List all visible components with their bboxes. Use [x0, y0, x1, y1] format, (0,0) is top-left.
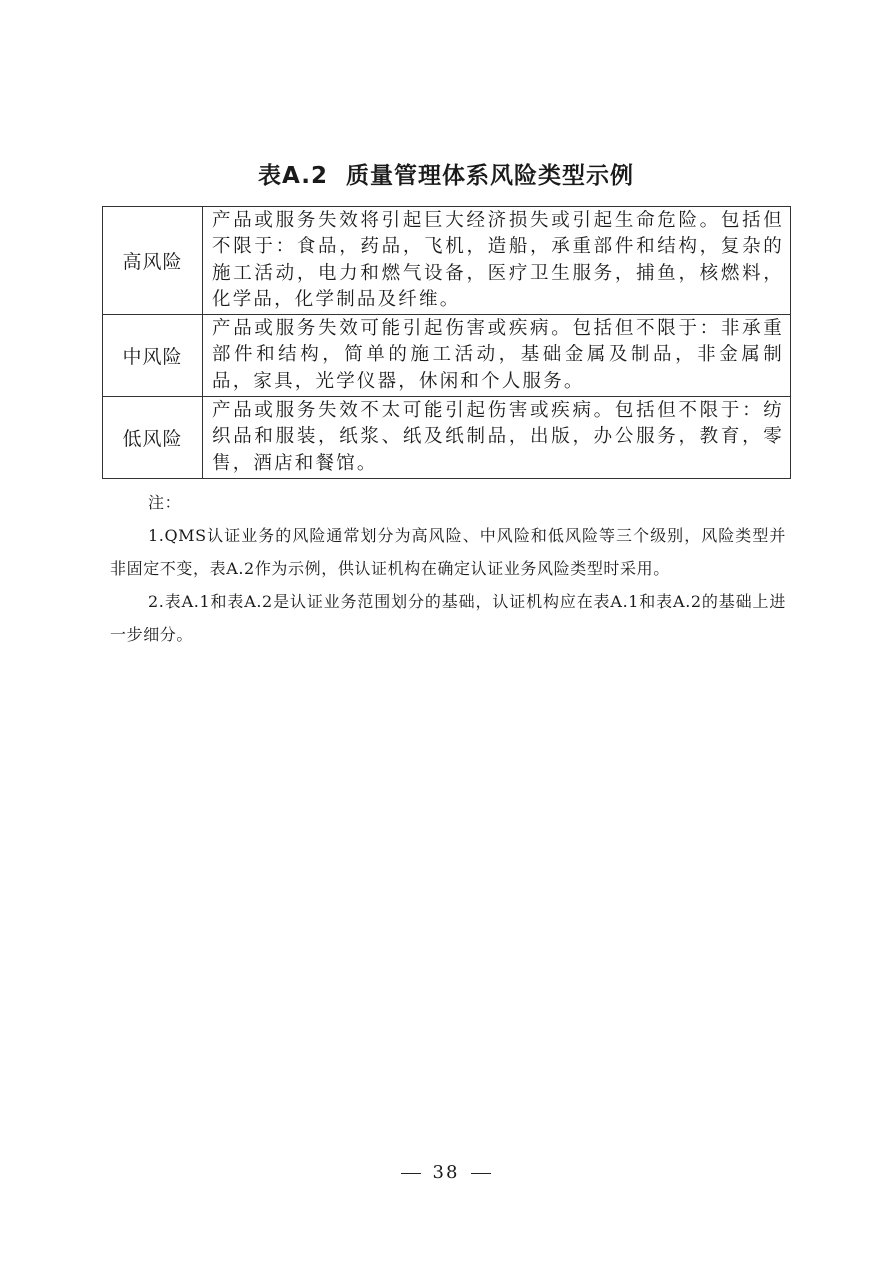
note-item-2: 2.表A.1和表A.2是认证业务范围划分的基础，认证机构应在表A.1和表A.2的… — [110, 585, 786, 651]
risk-level-cell: 中风险 — [103, 315, 203, 397]
risk-type-table: 高风险 产品或服务失效将引起巨大经济损失或引起生命危险。包括但不限于：食品，药品… — [102, 206, 791, 479]
table-row-low-risk: 低风险 产品或服务失效不太可能引起伤害或疾病。包括但不限于：纺织品和服装，纸浆、… — [103, 397, 791, 479]
notes-heading: 注： — [110, 486, 786, 519]
table-title-text: 质量管理体系风险类型示例 — [346, 163, 634, 189]
risk-description-cell: 产品或服务失效将引起巨大经济损失或引起生命危险。包括但不限于：食品，药品，飞机，… — [203, 207, 791, 315]
table-title: 表A.2质量管理体系风险类型示例 — [0, 160, 892, 192]
note-item-1: 1.QMS认证业务的风险通常划分为高风险、中风险和低风险等三个级别，风险类型并非… — [110, 519, 786, 585]
table-row-high-risk: 高风险 产品或服务失效将引起巨大经济损失或引起生命危险。包括但不限于：食品，药品… — [103, 207, 791, 315]
page-footer: 38 — [0, 1162, 892, 1183]
risk-description-cell: 产品或服务失效可能引起伤害或疾病。包括但不限于：非承重部件和结构，简单的施工活动… — [203, 315, 791, 397]
table-row-medium-risk: 中风险 产品或服务失效可能引起伤害或疾病。包括但不限于：非承重部件和结构，简单的… — [103, 315, 791, 397]
page-number: 38 — [433, 1162, 460, 1183]
dash-left — [401, 1173, 421, 1174]
risk-level-cell: 高风险 — [103, 207, 203, 315]
notes-section: 注： 1.QMS认证业务的风险通常划分为高风险、中风险和低风险等三个级别，风险类… — [110, 486, 786, 651]
risk-description-cell: 产品或服务失效不太可能引起伤害或疾病。包括但不限于：纺织品和服装，纸浆、纸及纸制… — [203, 397, 791, 479]
dash-right — [471, 1173, 491, 1174]
risk-level-cell: 低风险 — [103, 397, 203, 479]
table-title-label: 表A.2 — [258, 163, 328, 189]
